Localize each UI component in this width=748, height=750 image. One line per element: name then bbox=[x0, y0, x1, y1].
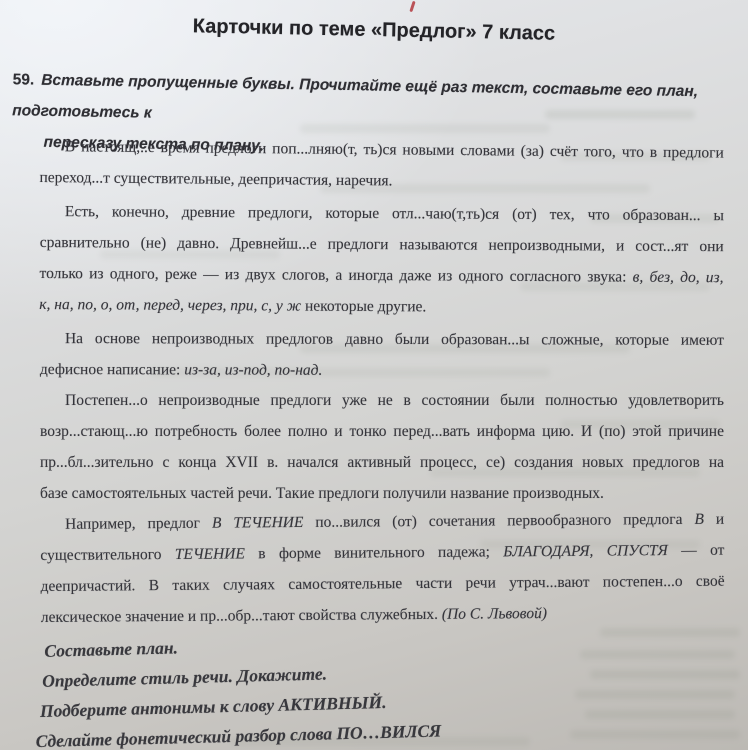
text-paragraph: В настоящ,..е время предлоги поп...лняю(… bbox=[39, 131, 724, 200]
exercise-text: В настоящ,..е время предлоги поп...лняю(… bbox=[40, 131, 724, 636]
worksheet-page: Карточки по теме «Предлог» 7 класс 59.Вс… bbox=[0, 0, 748, 750]
text-paragraph: Постепен...о непроизводные предлоги уже … bbox=[40, 385, 724, 509]
text-paragraph: На основе непроизводных предлогов давно … bbox=[40, 323, 724, 387]
text-paragraph: Например, предлог В ТЕЧЕНИЕ по...вился (… bbox=[40, 504, 725, 633]
subtask-list: Составьте план. Определите стиль речи. Д… bbox=[0, 618, 723, 750]
exercise-number: 59. bbox=[13, 71, 35, 88]
stress-accent-mark bbox=[409, 1, 415, 12]
exercise-instruction: Вставьте пропущенные буквы. Прочитайте е… bbox=[12, 72, 698, 122]
page-title: Карточки по теме «Предлог» 7 класс bbox=[0, 10, 748, 52]
text-paragraph: Есть, конечно, древние предлоги, которые… bbox=[39, 196, 724, 324]
